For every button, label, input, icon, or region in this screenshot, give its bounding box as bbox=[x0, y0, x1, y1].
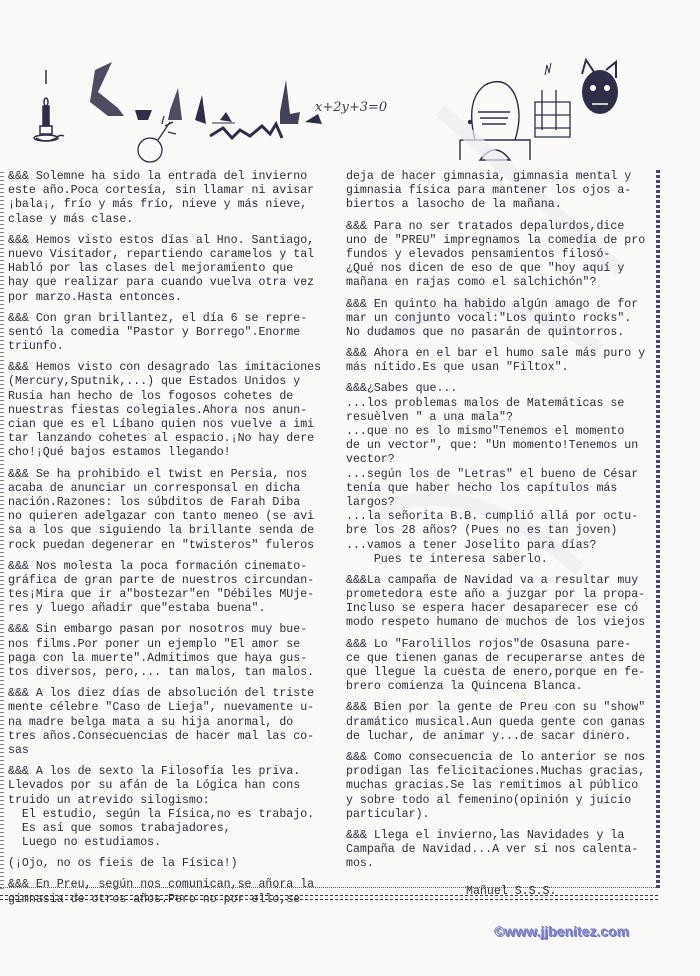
text-line: Luego no estudiamos. bbox=[8, 836, 338, 850]
column-paragraph: &&& Bien por la gente de Preu con su "sh… bbox=[346, 701, 666, 744]
double-rule bbox=[0, 895, 658, 900]
text-line: Rusia han hecho de los fogosos cohetes d… bbox=[8, 390, 338, 404]
text-line: &&& Como consecuencia de lo anterior se … bbox=[346, 751, 666, 765]
text-line: modo respeto humano de muchos de los vie… bbox=[346, 616, 666, 630]
text-line: &&& Lo "Farolillos rojos"de Osasuna pare… bbox=[346, 638, 666, 652]
text-line: muchas gracias.Se las remitimos al públi… bbox=[346, 779, 666, 793]
column-paragraph: &&& Llega el invierno,las Navidades y la… bbox=[346, 829, 666, 872]
text-line: tar lanzando cohetes al espacio.¡No hay … bbox=[8, 432, 338, 446]
math-equation: x+2y+3=0 bbox=[315, 100, 387, 115]
text-line: &&& A los de sexto la Filosofía les priv… bbox=[8, 765, 338, 779]
text-line: ...según los de "Letras" el bueno de Cés… bbox=[346, 468, 666, 482]
column-paragraph: &&& Ahora en el bar el humo sale más pur… bbox=[346, 347, 666, 375]
column-paragraph: deja de hacer gimnasia, gimnasia mental … bbox=[346, 170, 666, 213]
text-line: mar un conjunto vocal:"Los quinto rocks"… bbox=[346, 312, 666, 326]
text-line: este año.Poca cortesía, sin llamar ni av… bbox=[8, 184, 338, 198]
text-line: Habló por las clases del mejoramiento qu… bbox=[8, 262, 338, 276]
text-line: &&& Para no ser tratados depalurdos,dice bbox=[346, 220, 666, 234]
text-line: dramático musical.Aun queda gente con ga… bbox=[346, 716, 666, 730]
text-line: Es así que somos trabajadores, bbox=[8, 822, 338, 836]
column-paragraph: &&& Hemos visto con desagrado las imitac… bbox=[8, 361, 338, 460]
text-line: ...la señorita B.B. cumplió allá por oct… bbox=[346, 510, 666, 524]
text-line: acaba de anunciar un corresponsal en dic… bbox=[8, 482, 338, 496]
text-line: &&& Hemos visto estos días al Hno. Santi… bbox=[8, 234, 338, 248]
text-line: vector? bbox=[346, 453, 666, 467]
text-line: nuestras fiestas colegiales.Ahora nos an… bbox=[8, 404, 338, 418]
column-paragraph: &&&La campaña de Navidad va a resultar m… bbox=[346, 574, 666, 631]
text-line: ...los problemas malos de Matemáticas se bbox=[346, 397, 666, 411]
column-paragraph: &&& Se ha prohibido el twist en Persia, … bbox=[8, 468, 338, 553]
dotted-rule bbox=[0, 887, 658, 888]
text-line: tres años.Consecuencias de hacer mal las… bbox=[8, 730, 338, 744]
text-line: clase y más clase. bbox=[8, 213, 338, 227]
text-line: No dudamos que no pasarán de quintorros. bbox=[346, 326, 666, 340]
text-line: cian que es el Líbano quien nos vuelve a… bbox=[8, 418, 338, 432]
text-line: &&& Bien por la gente de Preu con su "sh… bbox=[346, 701, 666, 715]
column-paragraph: &&& A los de sexto la Filosofía les priv… bbox=[8, 765, 338, 850]
text-line: resuèlven " a una mala"? bbox=[346, 411, 666, 425]
masthead: x+2y+3=0 bbox=[0, 40, 700, 165]
text-line: por marzo.Hasta entonces. bbox=[8, 291, 338, 305]
text-line: y sobre todo al femenino(opinión y juici… bbox=[346, 794, 666, 808]
text-line: gráfica de gran parte de nuestros circun… bbox=[8, 574, 338, 588]
text-line: &&&La campaña de Navidad va a resultar m… bbox=[346, 574, 666, 588]
text-line: sas bbox=[8, 744, 338, 758]
text-line: brero comienza la Quincena Blanca. bbox=[346, 680, 666, 694]
text-line: biertos a lasocho de la mañana. bbox=[346, 198, 666, 212]
text-line: sentó la comedia "Pastor y Borrego".Enor… bbox=[8, 326, 338, 340]
text-line: nación.Razones: los súbditos de Farah Di… bbox=[8, 496, 338, 510]
text-line: &&& Se ha prohibido el twist en Persia, … bbox=[8, 468, 338, 482]
text-line: Llevados por su afán de la Lógica han co… bbox=[8, 779, 338, 793]
text-line: cho!¡Qué bajos estamos llegando! bbox=[8, 446, 338, 460]
text-line: de luchar, de animar y...de sacar dinero… bbox=[346, 730, 666, 744]
text-line: &&& En Preu, según nos comunican,se añor… bbox=[8, 878, 338, 892]
text-line: prometedora este año a juzgar por la pro… bbox=[346, 588, 666, 602]
text-line: &&& A los diez días de absolución del tr… bbox=[8, 687, 338, 701]
bomb-icon bbox=[138, 116, 176, 162]
text-line: &&& Solemne ha sido la entrada del invie… bbox=[8, 170, 338, 184]
column-paragraph: &&& A los diez días de absolución del tr… bbox=[8, 687, 338, 758]
text-line: prodigan las felicitaciones.Muchas graci… bbox=[346, 765, 666, 779]
text-line: tenía que haber hecho los capítulos más bbox=[346, 482, 666, 496]
text-line: ...que no es lo mismo"Tenemos el momento bbox=[346, 425, 666, 439]
column-paragraph: &&& Nos molesta la poca formación cinema… bbox=[8, 560, 338, 617]
left-margin-rule bbox=[0, 172, 4, 892]
text-line: &&& En quinto ha habido algún amago de f… bbox=[346, 298, 666, 312]
title-letters bbox=[90, 62, 322, 138]
text-line: rock puedan degenerar en "twisteros" ful… bbox=[8, 539, 338, 553]
text-line: El estudio, según la Física,no es trabaj… bbox=[8, 808, 338, 822]
text-line: tes¡Mira que ir a"bostezar"en "Débiles M… bbox=[8, 588, 338, 602]
text-line: hay que realizar para cuando vuelva otra… bbox=[8, 276, 338, 290]
column-paragraph: &&& En Preu, según nos comunican,se añor… bbox=[8, 878, 338, 906]
text-line: no quieren adelgazar con tanto meneo (se… bbox=[8, 510, 338, 524]
text-line: &&& Hemos visto con desagrado las imitac… bbox=[8, 361, 338, 375]
text-line: particular). bbox=[346, 808, 666, 822]
text-line: mente célebre "Caso de Lieja", nuevament… bbox=[8, 701, 338, 715]
column-paragraph: &&& Lo "Farolillos rojos"de Osasuna pare… bbox=[346, 638, 666, 695]
test-tubes-icon bbox=[535, 63, 570, 137]
owl-icon bbox=[582, 60, 618, 114]
text-line: uno de "PREU" impregnamos la comedia de … bbox=[346, 234, 666, 248]
text-line: paga con la muerte".Admitimos que haya g… bbox=[8, 652, 338, 666]
column-paragraph: &&& Hemos visto estos días al Hno. Santi… bbox=[8, 234, 338, 305]
text-line: Pues te interesa saberlo. bbox=[346, 553, 666, 567]
student-at-desk-icon bbox=[460, 82, 530, 160]
column-paragraph: &&& Solemne ha sido la entrada del invie… bbox=[8, 170, 338, 227]
text-line: triunfo. bbox=[8, 340, 338, 354]
text-line: &&& Ahora en el bar el humo sale más pur… bbox=[346, 347, 666, 361]
text-line: de un vector", que: "Un momento!Tenemos … bbox=[346, 439, 666, 453]
text-line: mos. bbox=[346, 857, 666, 871]
text-line: ¡bala¡, frío y más frío, nieve y más nie… bbox=[8, 198, 338, 212]
text-line: que llegue la cuesta de enero,porque en … bbox=[346, 666, 666, 680]
text-line: &&& Nos molesta la poca formación cinema… bbox=[8, 560, 338, 574]
text-line: tos diversos, pero,... tan malos, tan ma… bbox=[8, 666, 338, 680]
text-line: Campaña de Navidad...A ver si nos calent… bbox=[346, 843, 666, 857]
text-line: nos films.Por poner un ejemplo "El amor … bbox=[8, 638, 338, 652]
text-line: (Mercury,Sputnik,...) que Estados Unidos… bbox=[8, 375, 338, 389]
column-paragraph: &&& En quinto ha habido algún amago de f… bbox=[346, 298, 666, 341]
text-line: &&&¿Sabes que... bbox=[346, 382, 666, 396]
text-line: bre los 28 años? (Pues no es tan joven) bbox=[346, 524, 666, 538]
left-column: &&& Solemne ha sido la entrada del invie… bbox=[8, 170, 338, 914]
column-paragraph: &&& Para no ser tratados depalurdos,dice… bbox=[346, 220, 666, 291]
text-line: nuevo Visitador, repartiendo caramelos y… bbox=[8, 248, 338, 262]
column-paragraph: &&&¿Sabes que......los problemas malos d… bbox=[346, 382, 666, 566]
text-line: (¡Ojo, no os fieis de la Física!) bbox=[8, 857, 338, 871]
column-paragraph: (¡Ojo, no os fieis de la Física!) bbox=[8, 857, 338, 871]
text-line: ce que tienen ganas de recuperarse antes… bbox=[346, 652, 666, 666]
text-line: largos? bbox=[346, 496, 666, 510]
text-line: &&& Llega el invierno,las Navidades y la bbox=[346, 829, 666, 843]
right-column: deja de hacer gimnasia, gimnasia mental … bbox=[346, 170, 666, 900]
text-line: Incluso se espera hacer desaparecer ese … bbox=[346, 602, 666, 616]
text-line: res y luego añadir que"estaba buena". bbox=[8, 602, 338, 616]
text-line: mañana en rajas como el salchichón"? bbox=[346, 276, 666, 290]
candle-icon bbox=[34, 70, 64, 141]
text-line: gimnasia física para mantener los ojos a… bbox=[346, 184, 666, 198]
column-paragraph: &&& Con gran brillantez, el día 6 se rep… bbox=[8, 312, 338, 355]
text-line: más nítido.Es que usan "Filtox". bbox=[346, 361, 666, 375]
text-line: &&& Con gran brillantez, el día 6 se rep… bbox=[8, 312, 338, 326]
copyright-watermark: ©www.jjbenitez.com bbox=[494, 923, 629, 939]
text-line: ...vamos a tener Joselito para días? bbox=[346, 539, 666, 553]
text-line: fundos y elevados pensamientos filosó- bbox=[346, 248, 666, 262]
text-line: sa a los que siguiendo la brillante send… bbox=[8, 524, 338, 538]
text-line: &&& Sin embargo pasan por nosotros muy b… bbox=[8, 623, 338, 637]
text-line: ¿Qué nos dicen de eso de que "hoy aquí y bbox=[346, 262, 666, 276]
column-paragraph: &&& Sin embargo pasan por nosotros muy b… bbox=[8, 623, 338, 680]
text-line: truido un atrevido silogismo: bbox=[8, 794, 338, 808]
text-line: deja de hacer gimnasia, gimnasia mental … bbox=[346, 170, 666, 184]
text-line: na madre belga mata a su hija anormal, d… bbox=[8, 716, 338, 730]
column-paragraph: &&& Como consecuencia de lo anterior se … bbox=[346, 751, 666, 822]
